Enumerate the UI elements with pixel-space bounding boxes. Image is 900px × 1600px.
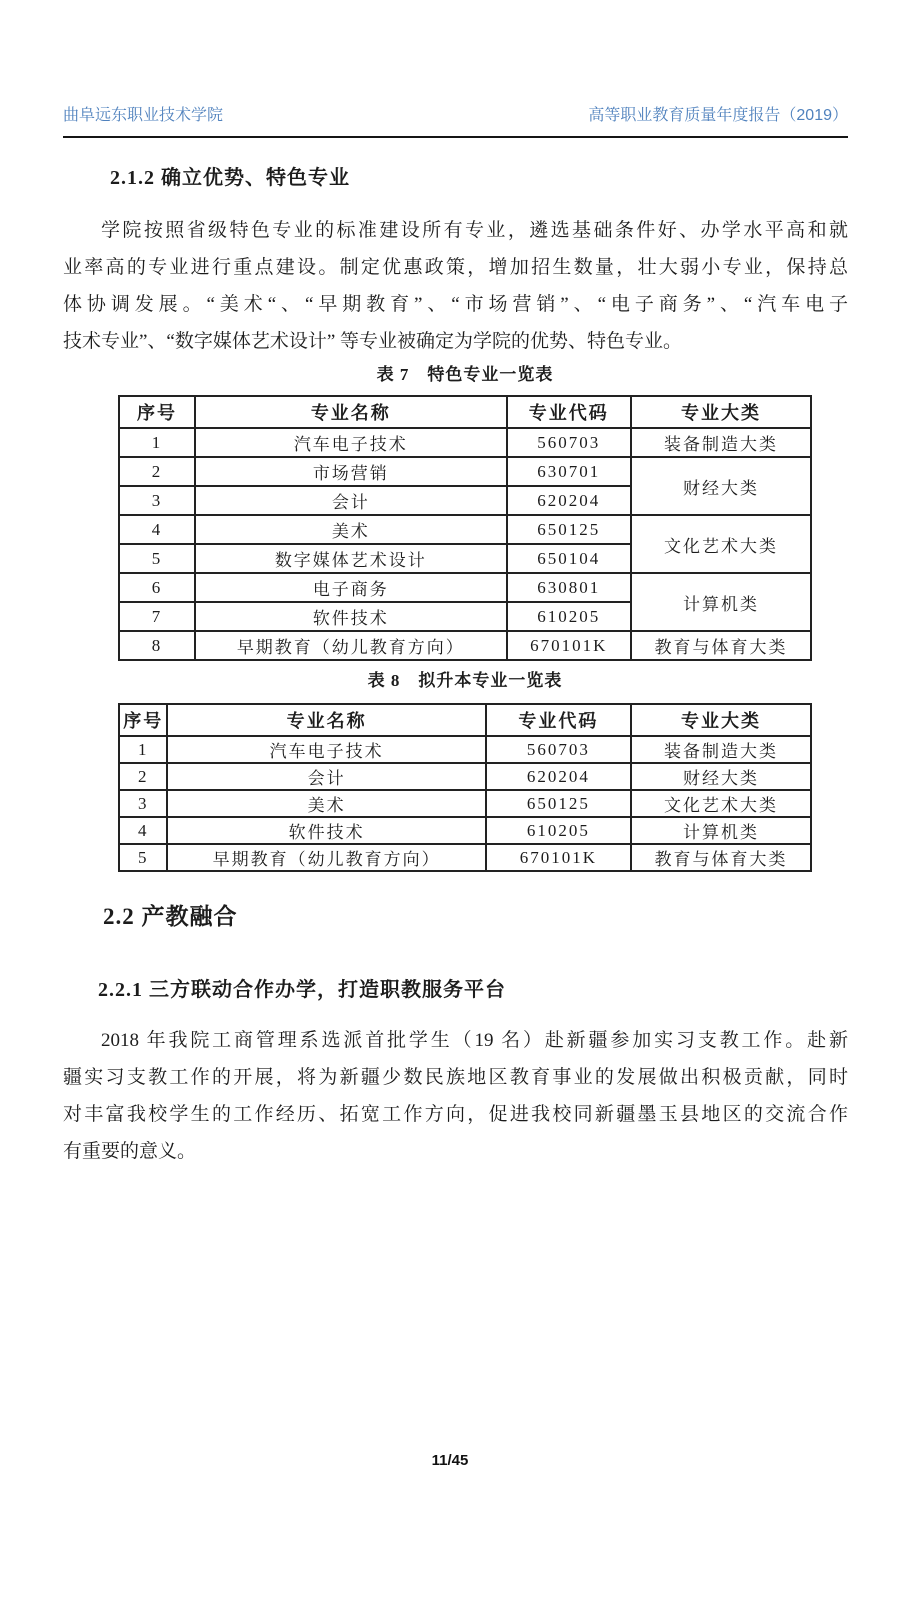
table-header-row: 序号 专业名称 专业代码 专业大类	[119, 396, 811, 428]
paragraph-2-1-2: 学院按照省级特色专业的标准建设所有专业，遴选基础条件好、办学水平高和就 业率高的…	[63, 212, 848, 360]
col-header-major-name: 专业名称	[167, 704, 485, 736]
paragraph-line: 业率高的专业进行重点建设。制定优惠政策，增加招生数量，壮大弱小专业，保持总	[63, 249, 848, 286]
cell-name: 市场营销	[195, 457, 506, 486]
cell-no: 3	[119, 790, 167, 817]
cell-code: 650125	[507, 515, 632, 544]
cell-category: 教育与体育大类	[631, 844, 811, 871]
table-row: 1 汽车电子技术 560703 装备制造大类	[119, 736, 811, 763]
table-row: 2 会计 620204 财经大类	[119, 763, 811, 790]
page-number: 11/45	[0, 1452, 900, 1469]
cell-category: 装备制造大类	[631, 428, 811, 457]
cell-code: 620204	[486, 763, 631, 790]
paragraph-line: 技术专业”、“数字媒体艺术设计” 等专业被确定为学院的优势、特色专业。	[63, 323, 848, 360]
table-row: 3 美术 650125 文化艺术大类	[119, 790, 811, 817]
header-report-title: 高等职业教育质量年度报告（2019）	[588, 104, 848, 128]
cell-no: 7	[119, 602, 195, 631]
table-row: 4 软件技术 610205 计算机类	[119, 817, 811, 844]
cell-no: 6	[119, 573, 195, 602]
col-header-major-code: 专业代码	[507, 396, 632, 428]
table-row: 5 早期教育（幼儿教育方向） 670101K 教育与体育大类	[119, 844, 811, 871]
cell-no: 2	[119, 457, 195, 486]
table8-upgrade-majors: 序号 专业名称 专业代码 专业大类 1 汽车电子技术 560703 装备制造大类…	[118, 703, 812, 872]
cell-code: 610205	[507, 602, 632, 631]
cell-name: 汽车电子技术	[195, 428, 506, 457]
header-school-name: 曲阜远东职业技术学院	[63, 104, 223, 128]
col-header-major-code: 专业代码	[486, 704, 631, 736]
cell-no: 5	[119, 844, 167, 871]
cell-category: 财经大类	[631, 457, 811, 515]
table7-featured-majors: 序号 专业名称 专业代码 专业大类 1 汽车电子技术 560703 装备制造大类…	[118, 395, 812, 661]
cell-code: 670101K	[507, 631, 632, 660]
paragraph-line: 有重要的意义。	[63, 1133, 848, 1170]
paragraph-line: 2018 年我院工商管理系选派首批学生（19 名）赴新疆参加实习支教工作。赴新	[63, 1022, 848, 1059]
cell-name: 美术	[195, 515, 506, 544]
paragraph-line: 体协调发展。“美术“、“早期教育”、“市场营销”、“电子商务”、“汽车电子	[63, 286, 848, 323]
cell-name: 早期教育（幼儿教育方向）	[167, 844, 485, 871]
paragraph-line: 疆实习支教工作的开展，将为新疆少数民族地区教育事业的发展做出积极贡献，同时	[63, 1059, 848, 1096]
cell-category: 文化艺术大类	[631, 515, 811, 573]
cell-name: 会计	[167, 763, 485, 790]
col-header-major-category: 专业大类	[631, 704, 811, 736]
cell-code: 670101K	[486, 844, 631, 871]
col-header-major-name: 专业名称	[195, 396, 506, 428]
table-row: 4 美术 650125 文化艺术大类	[119, 515, 811, 544]
cell-no: 2	[119, 763, 167, 790]
cell-code: 560703	[486, 736, 631, 763]
cell-name: 早期教育（幼儿教育方向）	[195, 631, 506, 660]
table-row: 1 汽车电子技术 560703 装备制造大类	[119, 428, 811, 457]
section-title-2-2: 2.2 产教融合	[103, 902, 848, 932]
cell-no: 4	[119, 515, 195, 544]
cell-code: 630801	[507, 573, 632, 602]
cell-code: 650104	[507, 544, 632, 573]
section-title-2-2-1: 2.2.1 三方联动合作办学，打造职教服务平台	[98, 976, 848, 1004]
cell-category: 财经大类	[631, 763, 811, 790]
cell-code: 650125	[486, 790, 631, 817]
cell-code: 610205	[486, 817, 631, 844]
cell-no: 1	[119, 736, 167, 763]
col-header-no: 序号	[119, 396, 195, 428]
cell-name: 电子商务	[195, 573, 506, 602]
cell-name: 汽车电子技术	[167, 736, 485, 763]
cell-name: 会计	[195, 486, 506, 515]
paragraph-line: 对丰富我校学生的工作经历、拓宽工作方向，促进我校同新疆墨玉县地区的交流合作	[63, 1096, 848, 1133]
cell-name: 美术	[167, 790, 485, 817]
cell-name: 软件技术	[195, 602, 506, 631]
table-header-row: 序号 专业名称 专业代码 专业大类	[119, 704, 811, 736]
cell-category: 文化艺术大类	[631, 790, 811, 817]
cell-code: 560703	[507, 428, 632, 457]
cell-name: 软件技术	[167, 817, 485, 844]
cell-no: 5	[119, 544, 195, 573]
document-page: 曲阜远东职业技术学院 高等职业教育质量年度报告（2019） 2.1.2 确立优势…	[0, 0, 900, 1600]
table-row: 2 市场营销 630701 财经大类	[119, 457, 811, 486]
cell-no: 8	[119, 631, 195, 660]
table-row: 6 电子商务 630801 计算机类	[119, 573, 811, 602]
cell-name: 数字媒体艺术设计	[195, 544, 506, 573]
col-header-major-category: 专业大类	[631, 396, 811, 428]
table8-caption: 表 8 拟升本专业一览表	[118, 670, 812, 692]
cell-code: 620204	[507, 486, 632, 515]
cell-category: 计算机类	[631, 817, 811, 844]
cell-no: 1	[119, 428, 195, 457]
table-row: 8 早期教育（幼儿教育方向） 670101K 教育与体育大类	[119, 631, 811, 660]
paragraph-line: 学院按照省级特色专业的标准建设所有专业，遴选基础条件好、办学水平高和就	[63, 212, 848, 249]
table7-caption: 表 7 特色专业一览表	[118, 364, 812, 386]
col-header-no: 序号	[119, 704, 167, 736]
cell-no: 4	[119, 817, 167, 844]
cell-code: 630701	[507, 457, 632, 486]
cell-category: 教育与体育大类	[631, 631, 811, 660]
page-header: 曲阜远东职业技术学院 高等职业教育质量年度报告（2019）	[63, 104, 848, 138]
cell-category: 计算机类	[631, 573, 811, 631]
cell-category: 装备制造大类	[631, 736, 811, 763]
paragraph-2-2-1: 2018 年我院工商管理系选派首批学生（19 名）赴新疆参加实习支教工作。赴新 …	[63, 1022, 848, 1170]
section-title-2-1-2: 2.1.2 确立优势、特色专业	[110, 166, 848, 190]
cell-no: 3	[119, 486, 195, 515]
